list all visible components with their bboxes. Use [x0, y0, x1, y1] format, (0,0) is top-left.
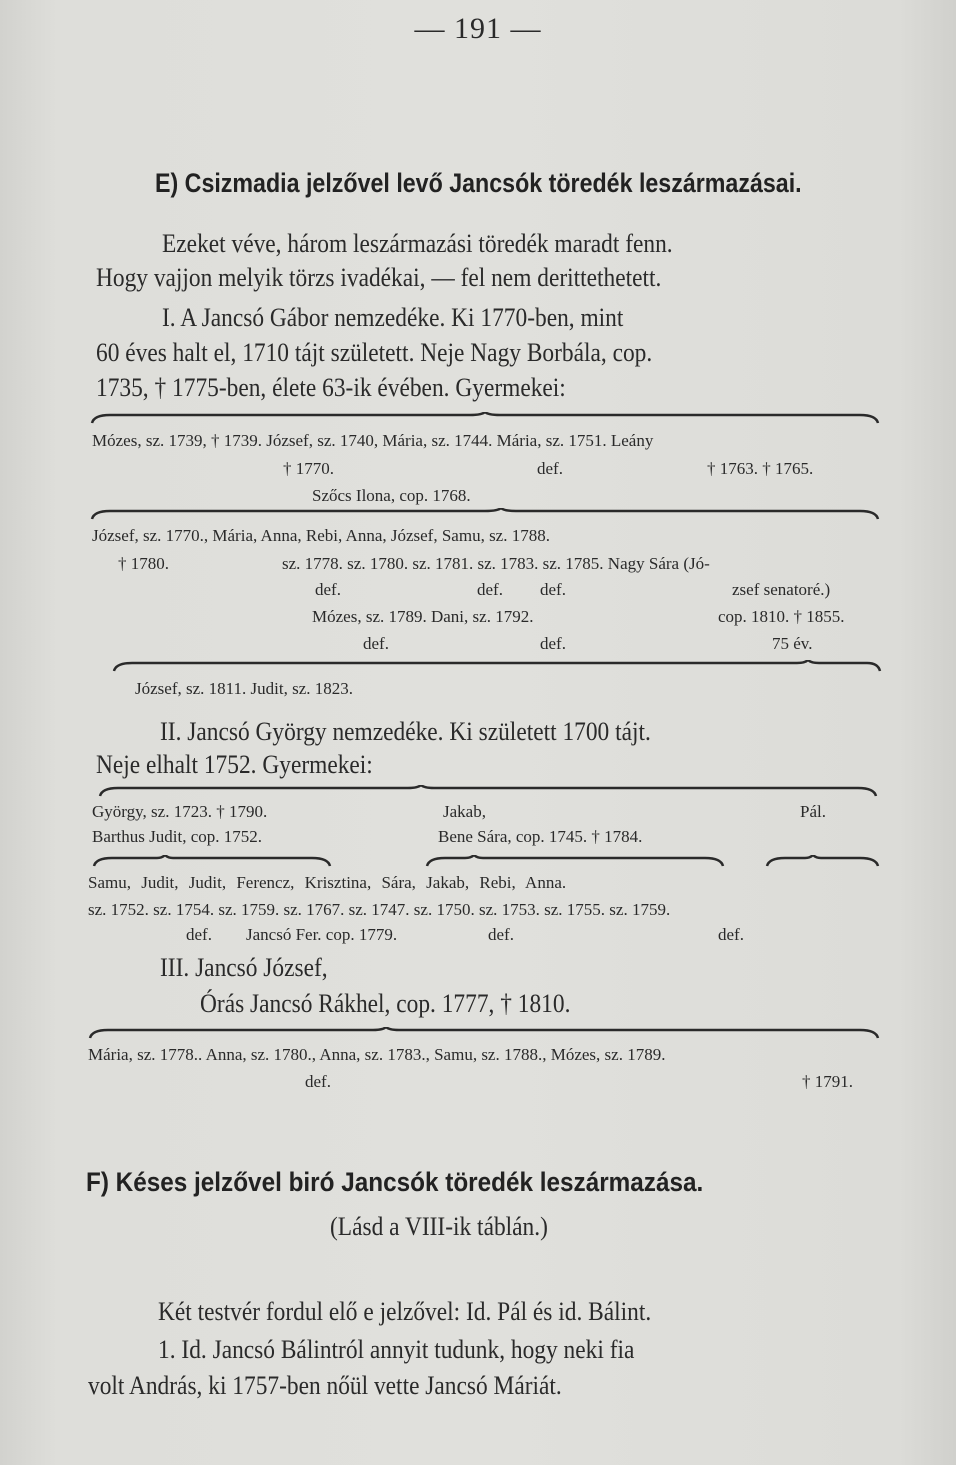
part2-spouse-jakab: Bene Sára, cop. 1745. † 1784. [438, 827, 642, 847]
part1-spouse: Szőcs Ilona, cop. 1768. [312, 486, 471, 506]
part1-children-death: † 1770. [283, 459, 334, 479]
brace-divider [88, 1027, 880, 1039]
part1-spouse-note: zsef senatoré.) [732, 580, 830, 600]
intro-line-1: Ezeket véve, három leszármazási töredék … [162, 229, 673, 259]
part3-spouse-line: Órás Jancsó Rákhel, cop. 1777, † 1810. [200, 989, 570, 1019]
part1-line-2: 60 éves halt el, 1710 tájt született. Ne… [96, 338, 652, 368]
part2-def-1: def. [186, 925, 212, 945]
brace-divider [90, 412, 880, 424]
part1-grandchildren-death: † 1780. [118, 554, 169, 574]
part1-great-grandchildren: József, sz. 1811. Judit, sz. 1823. [135, 679, 353, 699]
section-f-title: F) Késes jelzővel biró Jancsók töredék l… [86, 1167, 703, 1198]
part1-def-4: def. [363, 634, 389, 654]
part1-def-5: def. [540, 634, 566, 654]
section-f-para-2-line-2: volt András, ki 1757-ben nőül vette Janc… [88, 1371, 562, 1401]
page-number: — 191 — [0, 12, 956, 46]
part1-line-3: 1735, † 1775-ben, élete 63-ik évében. Gy… [96, 373, 566, 403]
part2-grandchildren-names: Samu, Judit, Judit, Ferencz, Krisztina, … [88, 873, 566, 893]
part1-def-3: def. [540, 580, 566, 600]
brace-divider [92, 855, 332, 867]
section-f-subtitle: (Lásd a VIII-ik táblán.) [330, 1212, 548, 1242]
section-e-title: E) Csizmadia jelzővel levő Jancsók töred… [155, 168, 802, 199]
part1-def-2: def. [477, 580, 503, 600]
intro-line-2: Hogy vajjon melyik törzs ivadékai, — fel… [96, 263, 661, 293]
part2-def-3: def. [718, 925, 744, 945]
part1-greatgrand-names: Mózes, sz. 1789. Dani, sz. 1792. [312, 607, 533, 627]
part2-heading-line: II. Jancsó György nemzedéke. Ki születet… [160, 717, 651, 747]
part1-children-deaths: † 1763. † 1765. [707, 459, 813, 479]
part1-def-1: def. [315, 580, 341, 600]
part1-grandchildren-row-1: József, sz. 1770., Mária, Anna, Rebi, An… [92, 526, 550, 546]
part1-children-def: def. [537, 459, 563, 479]
part2-marriage-note: Jancsó Fer. cop. 1779. [246, 925, 397, 945]
part2-grandchildren-births: sz. 1752. sz. 1754. sz. 1759. sz. 1767. … [88, 900, 670, 920]
part2-child-pal: Pál. [800, 802, 826, 822]
part3-death: † 1791. [802, 1072, 853, 1092]
part2-line-2: Neje elhalt 1752. Gyermekei: [96, 750, 373, 780]
part2-child-gyorgy: György, sz. 1723. † 1790. [92, 802, 267, 822]
part2-def-2: def. [488, 925, 514, 945]
part3-heading-line: III. Jancsó József, [160, 953, 328, 983]
brace-divider [112, 660, 882, 672]
part1-marriage: cop. 1810. † 1855. [718, 607, 845, 627]
part1-heading-line: I. A Jancsó Gábor nemzedéke. Ki 1770-ben… [162, 303, 623, 333]
section-f-para-2-line-1: 1. Id. Jancsó Bálintról annyit tudunk, h… [158, 1335, 634, 1365]
brace-divider [425, 855, 725, 867]
part3-def: def. [305, 1072, 331, 1092]
part1-children-row-1: Mózes, sz. 1739, † 1739. József, sz. 174… [92, 431, 653, 451]
section-f-para-1: Két testvér fordul elő e jelzővel: Id. P… [158, 1297, 651, 1327]
brace-divider [98, 785, 878, 797]
part2-child-jakab: Jakab, [443, 802, 486, 822]
part1-age: 75 év. [772, 634, 812, 654]
part3-children: Mária, sz. 1778.. Anna, sz. 1780., Anna,… [88, 1045, 665, 1065]
brace-divider [90, 508, 880, 520]
part2-spouse-gyorgy: Barthus Judit, cop. 1752. [92, 827, 262, 847]
scanned-page: — 191 — E) Csizmadia jelzővel levő Jancs… [0, 0, 956, 1465]
part1-grandchildren-row-2: sz. 1778. sz. 1780. sz. 1781. sz. 1783. … [282, 554, 710, 574]
brace-divider [765, 855, 880, 867]
